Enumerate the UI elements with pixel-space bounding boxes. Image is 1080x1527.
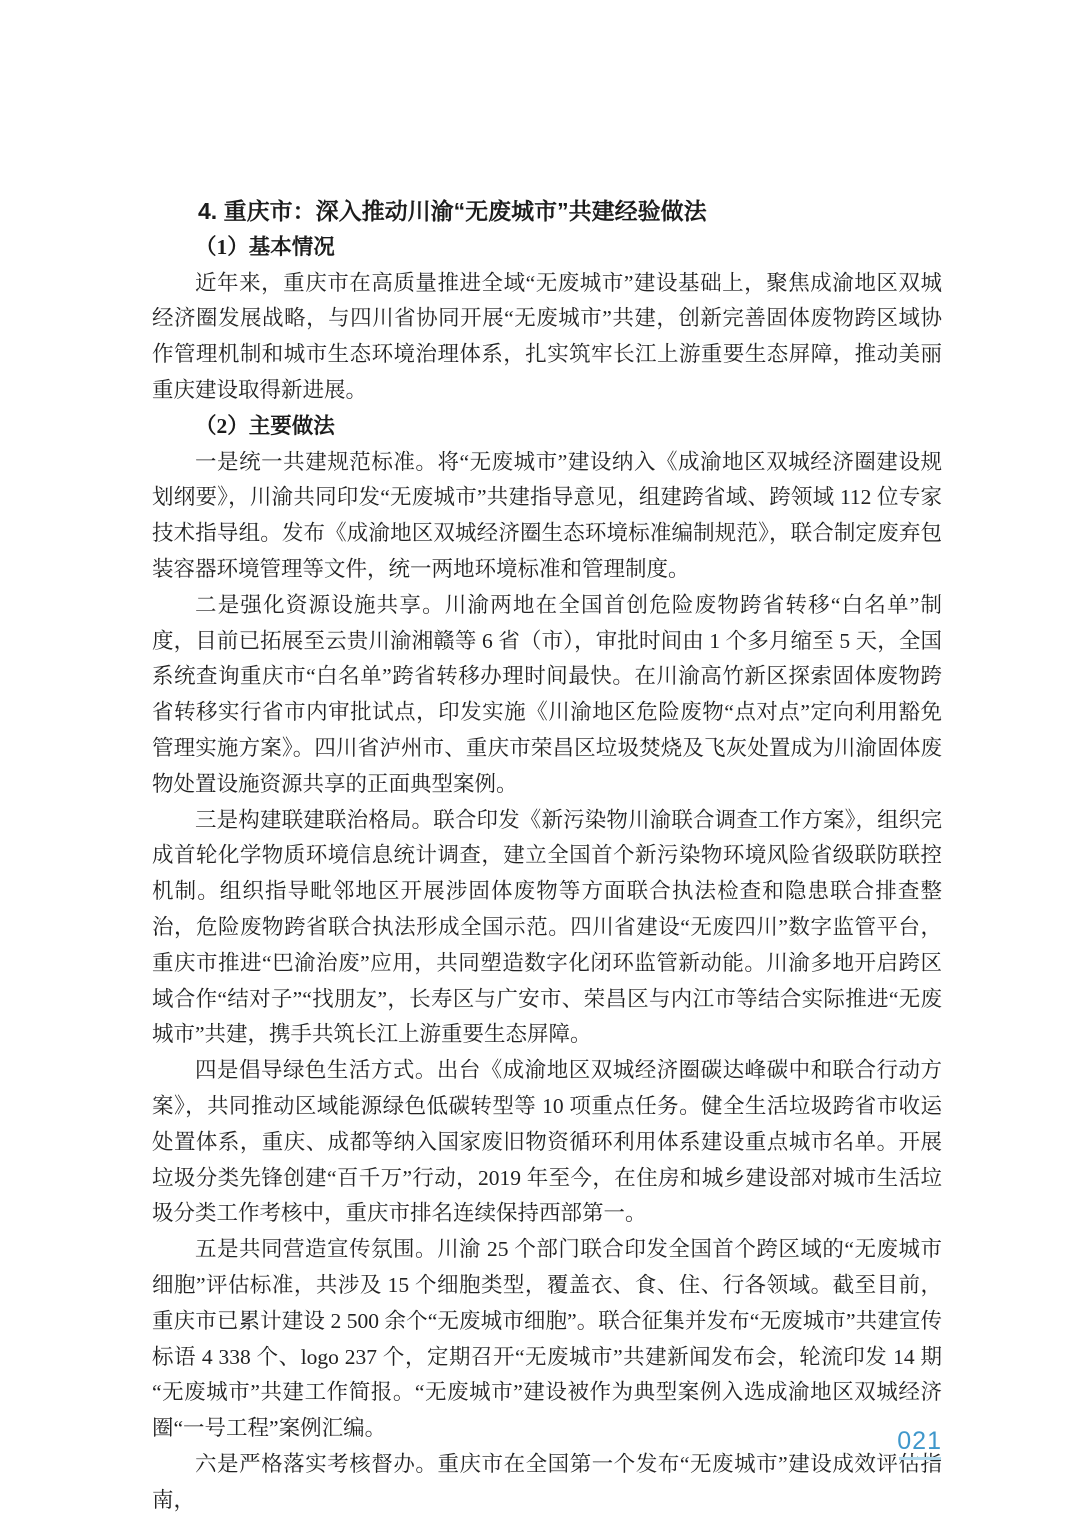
body-paragraph: 四是倡导绿色生活方式。出台《成渝地区双城经济圈碳达峰碳中和联合行动方案》，共同推… bbox=[152, 1053, 942, 1232]
body-paragraph: 三是构建联建联治格局。联合印发《新污染物川渝联合调查工作方案》，组织完成首轮化学… bbox=[152, 803, 942, 1054]
section-heading: 4. 重庆市：深入推动川渝“无废城市”共建经验做法 bbox=[152, 194, 942, 230]
body-paragraph: 二是强化资源设施共享。川渝两地在全国首创危险废物跨省转移“白名单”制度，目前已拓… bbox=[152, 588, 942, 803]
subsection-heading-2: （2）主要做法 bbox=[152, 409, 942, 445]
page-number-block: 021 bbox=[897, 1428, 942, 1460]
page-footer: 021 bbox=[0, 1428, 1080, 1488]
document-content: 4. 重庆市：深入推动川渝“无废城市”共建经验做法 （1）基本情况近年来，重庆市… bbox=[152, 194, 942, 1518]
document-page: 4. 重庆市：深入推动川渝“无废城市”共建经验做法 （1）基本情况近年来，重庆市… bbox=[0, 0, 1080, 1527]
body-paragraph: 五是共同营造宣传氛围。川渝 25 个部门联合印发全国首个跨区域的“无废城市细胞”… bbox=[152, 1232, 942, 1447]
body-paragraph: 近年来，重庆市在高质量推进全域“无废城市”建设基础上，聚焦成渝地区双城经济圈发展… bbox=[152, 266, 942, 409]
body-paragraph: 一是统一共建规范标准。将“无废城市”建设纳入《成渝地区双城经济圈建设规划纲要》，… bbox=[152, 445, 942, 588]
page-number: 021 bbox=[897, 1428, 942, 1454]
page-number-underline bbox=[899, 1457, 941, 1460]
sections-container: （1）基本情况近年来，重庆市在高质量推进全域“无废城市”建设基础上，聚焦成渝地区… bbox=[152, 230, 942, 1519]
subsection-heading-1: （1）基本情况 bbox=[152, 230, 942, 266]
